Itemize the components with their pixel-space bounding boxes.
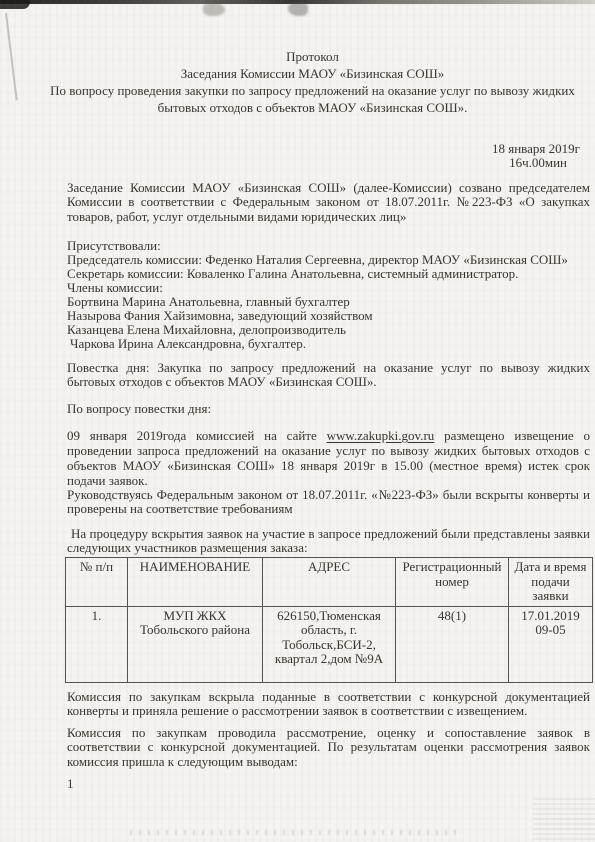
cell-applicant-name: МУП ЖКХ Тобольского района [128,606,263,682]
attendee-chairman: Председатель комиссии: Феденко Наталия С… [67,253,590,267]
members-heading: Члены комиссии: [67,281,590,295]
column-header-number: № п/п [66,558,128,607]
attendee-member-1: Бортвина Марина Анатольевна, главный бух… [67,295,590,309]
cell-registration-number: 48(1) [396,606,509,682]
column-header-reg-number: Регистрационный номер [396,558,509,607]
title-line-commission: Заседания Комиссии МАОУ «Бизинская СОШ» [35,65,590,82]
cell-row-number: 1. [66,606,128,682]
paragraph-envelopes-opened-law: Руководствуясь Федеральным законом от 18… [67,488,590,517]
column-header-name: НАИМЕНОВАНИЕ [128,558,263,607]
paragraph-notice: 09 января 2019года комиссией на сайте ww… [67,428,590,488]
page-number: 1 [67,776,74,792]
date-time-block: 18 января 2019г 16ч.00мин [492,142,580,170]
cell-applicant-address: 626150,Тюменская область, г. Тобольск,БС… [263,606,396,682]
column-header-date: Дата и время подачи заявки [509,558,593,607]
document-title-block: Протокол Заседания Комиссии МАОУ «Бизинс… [35,48,590,116]
scan-artifact-smudge [288,2,308,16]
table-row: 1. МУП ЖКХ Тобольского района 626150,Тюм… [66,606,593,682]
attendee-member-3: Казанцева Елена Михайловна, делопроизвод… [67,323,590,337]
attendee-member-4: Чаркова Ирина Александровна, бухгалтер. [67,337,590,351]
meeting-date: 18 января 2019г [492,142,580,156]
table-header-row: № п/п НАИМЕНОВАНИЕ АДРЕС Регистрационный… [66,558,593,607]
title-line-protocol: Протокол [35,48,590,65]
scan-artifact-corner-noise [533,798,595,840]
scan-artifact-fold-line [5,13,18,101]
attendee-member-2: Назырова Фания Хайзимовна, заведующий хо… [67,309,590,323]
column-header-address: АДРЕС [263,558,396,607]
scanned-document-page: Протокол Заседания Комиссии МАОУ «Бизинс… [0,0,595,842]
paragraph-agenda: Повестка дня: Закупка по запросу предлож… [67,361,590,390]
title-line-subject-1: По вопросу проведения закупки по запросу… [35,82,590,99]
scan-artifact-corner-blot [0,0,30,9]
scan-artifact-bottom-noise [130,830,460,835]
paragraph-procedure: На процедуру вскрытия заявок на участие … [67,527,590,556]
present-heading: Присутствовали: [67,239,590,253]
applicants-table: № п/п НАИМЕНОВАНИЕ АДРЕС Регистрационный… [65,557,593,683]
meeting-time: 16ч.00мин [492,156,580,170]
attendee-secretary: Секретарь комиссии: Коваленко Галина Ана… [67,267,590,281]
paragraph-convened: Заседание Комиссии МАОУ «Бизинская СОШ» … [67,181,590,224]
paragraph-agenda-question: По вопросу повестки дня: [67,402,590,416]
scan-artifact-smudge [203,3,225,16]
attendees-block: Присутствовали: Председатель комиссии: Ф… [67,239,590,351]
notice-text-before: 09 января 2019года комиссией на сайте [67,428,327,443]
paragraph-review-conclusions: Комиссия по закупкам проводила рассмотре… [67,726,590,769]
title-line-subject-2: бытовых отходов с объектов МАОУ «Бизинск… [35,99,590,116]
paragraph-envelopes-decision: Комиссия по закупкам вскрыла поданные в … [67,690,590,719]
zakupki-url-link[interactable]: www.zakupki.gov.ru [327,428,435,443]
cell-submission-datetime: 17.01.2019 09-05 [509,606,593,682]
